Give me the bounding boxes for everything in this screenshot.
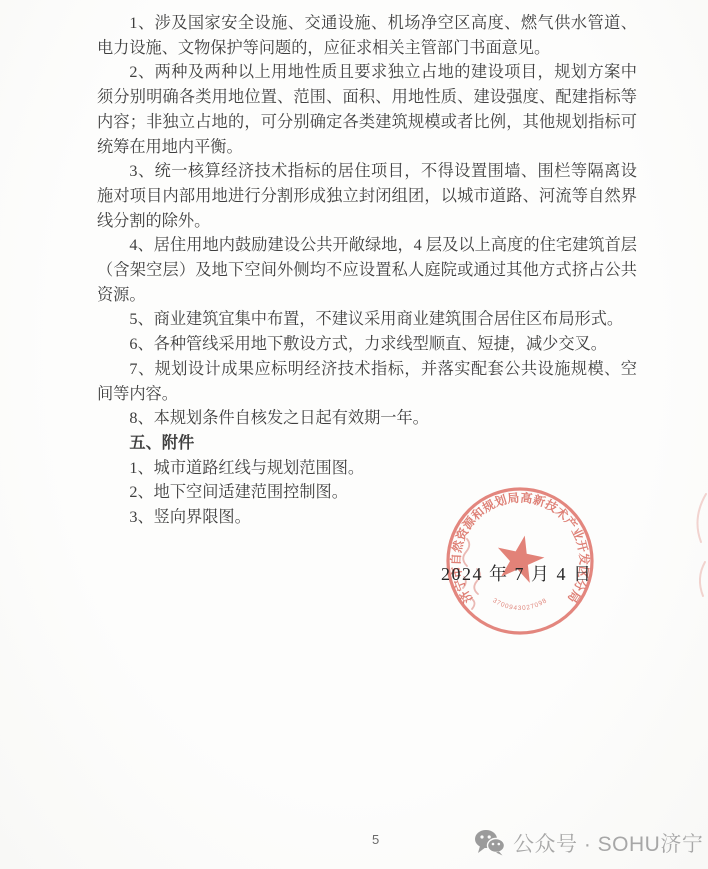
document-body: 1、涉及国家安全设施、交通设施、机场净空区高度、燃气供水管道、电力设施、文物保护… [97,11,637,530]
body-paragraph: 3、统一核算经济技术指标的居住项目，不得设置围墙、围栏等隔离设施对项目内部用地进… [97,159,637,233]
wechat-icon [474,828,505,858]
body-paragraph: 1、涉及国家安全设施、交通设施、机场净空区高度、燃气供水管道、电力设施、文物保护… [97,11,637,60]
body-paragraph: 6、各种管线采用地下敷设方式，力求线型顺直、短捷，减少交叉。 [97,332,637,357]
document-page: 1、涉及国家安全设施、交通设施、机场净空区高度、燃气供水管道、电力设施、文物保护… [0,0,708,869]
stamp-serial: 3700943027098 [491,597,548,612]
watermark: 公众号 · SOHU济宁 [474,826,703,860]
watermark-text: 公众号 · SOHU济宁 [513,828,703,858]
body-paragraph: 7、规划设计成果应标明经济技术指标，并落实配套公共设施规模、空间等内容。 [97,357,637,406]
body-paragraph: 5、商业建筑宜集中布置，不建议采用商业建筑围合居住区布局形式。 [97,307,637,332]
body-paragraph: 4、居住用地内鼓励建设公共开敞绿地，4 层及以上高度的住宅建筑首层（含架空层）及… [97,233,637,307]
edge-stamp-fragment-icon [686,490,708,605]
body-paragraph: 8、本规划条件自核发之日起有效期一年。 [97,406,637,431]
stamp-serial-textpath: 3700943027098 [491,597,548,612]
stamp-star-icon: ★ [485,517,555,600]
body-paragraph: 2、两种及两种以上用地性质且要求独立占地的建设项目，规划方案中须分别明确各类用地… [97,60,637,159]
attachment-item: 1、城市道路红线与规划范围图。 [97,456,637,481]
issue-date: 2024 年 7 月 4 日 [441,560,621,586]
page-number: 5 [372,832,379,847]
section-heading-attachments: 五、附件 [97,431,637,456]
